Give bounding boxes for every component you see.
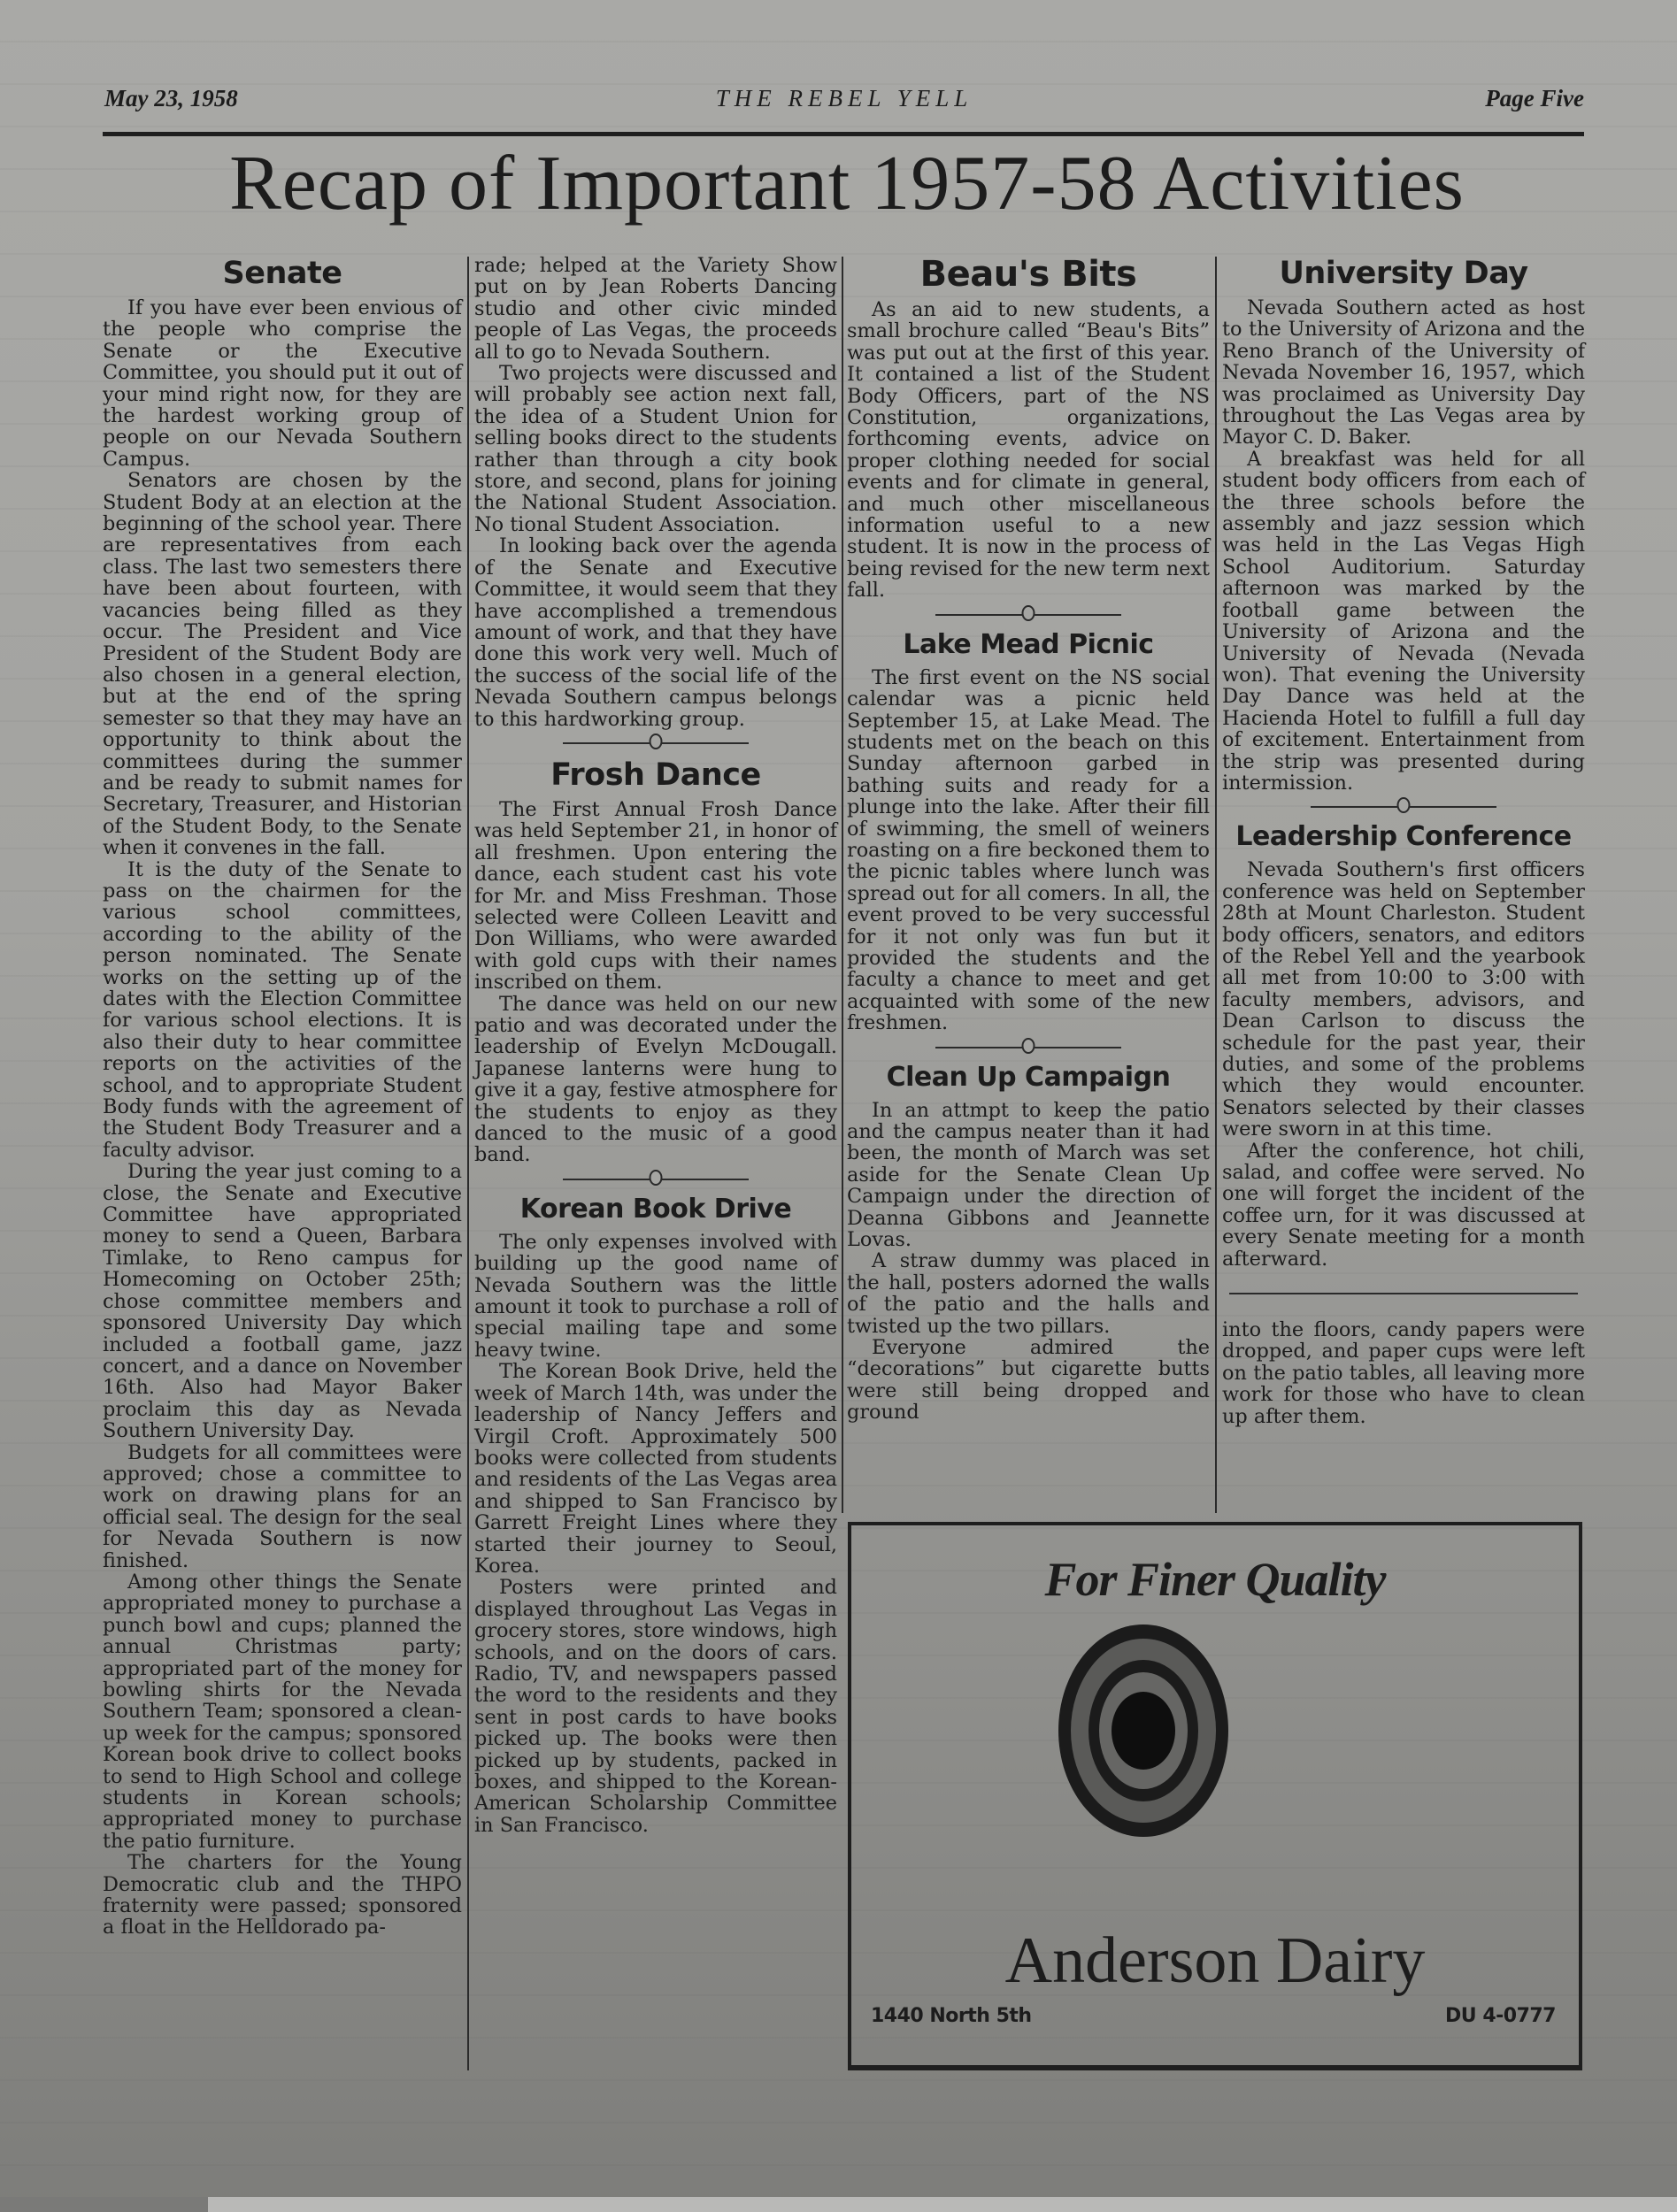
ad-phone: DU 4-0777	[1445, 2005, 1556, 2027]
section-divider	[1222, 797, 1585, 817]
paragraph: Everyone admired the “decorations” but c…	[847, 1337, 1210, 1424]
article-title: University Day	[1222, 255, 1585, 292]
article-senate-continued: rade; helped at the Variety Show put on …	[474, 255, 837, 730]
article-senate: Senate If you have ever been envious of …	[103, 255, 462, 1939]
article-clean-up-campaign: Clean Up Campaign In an attmpt to keep t…	[847, 1061, 1210, 1424]
paragraph: Posters were printed and displayed throu…	[474, 1577, 837, 1836]
section-divider	[474, 733, 837, 753]
paragraph: During the year just coming to a close, …	[103, 1161, 462, 1441]
section-rule	[1229, 1293, 1578, 1294]
paragraph: A straw dummy was placed in the hall, po…	[847, 1250, 1210, 1337]
article-title: Leadership Conference	[1222, 820, 1585, 854]
article-title: Beau's Bits	[847, 255, 1210, 294]
article-beaus-bits: Beau's Bits As an aid to new students, a…	[847, 255, 1210, 602]
paragraph: Nevada Southern's first officers confere…	[1222, 859, 1585, 1140]
paragraph: It is the duty of the Senate to pass on …	[103, 859, 462, 1162]
paragraph: Two projects were discussed and will pro…	[474, 363, 837, 535]
paragraph: In an attmpt to keep the patio and the c…	[847, 1100, 1210, 1251]
article-title: Senate	[103, 255, 462, 292]
scan-edge	[0, 2197, 1677, 2212]
page-number: Page Five	[1485, 85, 1584, 112]
advertisement-anderson-dairy: For Finer Quality Anderson Dairy 1440 No…	[848, 1522, 1582, 2070]
column-3: Beau's Bits As an aid to new students, a…	[847, 255, 1210, 1424]
article-clean-up-continued: into the floors, candy papers were dropp…	[1222, 1319, 1585, 1427]
paragraph: Nevada Southern acted as host to the Uni…	[1222, 297, 1585, 449]
article-lake-mead-picnic: Lake Mead Picnic The first event on the …	[847, 628, 1210, 1034]
column-divider	[1215, 257, 1217, 1513]
paragraph: In looking back over the agenda of the S…	[474, 535, 837, 730]
column-4: University Day Nevada Southern acted as …	[1222, 255, 1585, 1427]
section-divider	[847, 1038, 1210, 1057]
page-headline: Recap of Important 1957-58 Activities	[99, 140, 1595, 228]
article-title: Korean Book Drive	[474, 1193, 837, 1226]
ad-business-name: Anderson Dairy	[851, 1924, 1579, 1999]
ad-tagline: For Finer Quality	[851, 1552, 1579, 1607]
article-frosh-dance: Frosh Dance The First Annual Frosh Dance…	[474, 757, 837, 1166]
ad-address: 1440 North 5th	[871, 2005, 1032, 2027]
paragraph: into the floors, candy papers were dropp…	[1222, 1319, 1585, 1427]
section-divider	[474, 1170, 837, 1189]
paragraph: Senators are chosen by the Student Body …	[103, 470, 462, 858]
paragraph: The Korean Book Drive, held the week of …	[474, 1361, 837, 1577]
article-title: Lake Mead Picnic	[847, 628, 1210, 662]
column-divider	[467, 257, 469, 2070]
article-title: Clean Up Campaign	[847, 1061, 1210, 1094]
paragraph: The charters for the Young Democratic cl…	[103, 1852, 462, 1939]
article-title: Frosh Dance	[474, 757, 837, 794]
paragraph: A breakfast was held for all student bod…	[1222, 449, 1585, 795]
paragraph: The First Annual Frosh Dance was held Se…	[474, 799, 837, 994]
paragraph: The first event on the NS social calenda…	[847, 667, 1210, 1034]
paragraph: The dance was held on our new patio and …	[474, 994, 837, 1166]
paragraph: If you have ever been envious of the peo…	[103, 297, 462, 470]
article-leadership-conference: Leadership Conference Nevada Southern's …	[1222, 820, 1585, 1270]
masthead-rule	[103, 132, 1584, 136]
section-divider	[847, 605, 1210, 625]
article-university-day: University Day Nevada Southern acted as …	[1222, 255, 1585, 794]
column-2: rade; helped at the Variety Show put on …	[474, 255, 837, 1836]
paragraph: The only expenses involved with building…	[474, 1232, 837, 1361]
column-1: Senate If you have ever been envious of …	[103, 255, 462, 1939]
paragraph: As an aid to new students, a small broch…	[847, 299, 1210, 602]
paragraph: Budgets for all committees were approved…	[103, 1442, 462, 1571]
article-korean-book-drive: Korean Book Drive The only expenses invo…	[474, 1193, 837, 1836]
paragraph: rade; helped at the Variety Show put on …	[474, 255, 837, 363]
column-divider	[842, 257, 843, 1513]
newspaper-name: THE REBEL YELL	[104, 85, 1584, 112]
paragraph: After the conference, hot chili, salad, …	[1222, 1141, 1585, 1270]
concentric-circles-logo-icon	[1057, 1623, 1230, 1839]
paragraph: Among other things the Senate appropriat…	[103, 1571, 462, 1852]
masthead: May 23, 1958 THE REBEL YELL Page Five	[104, 85, 1584, 120]
